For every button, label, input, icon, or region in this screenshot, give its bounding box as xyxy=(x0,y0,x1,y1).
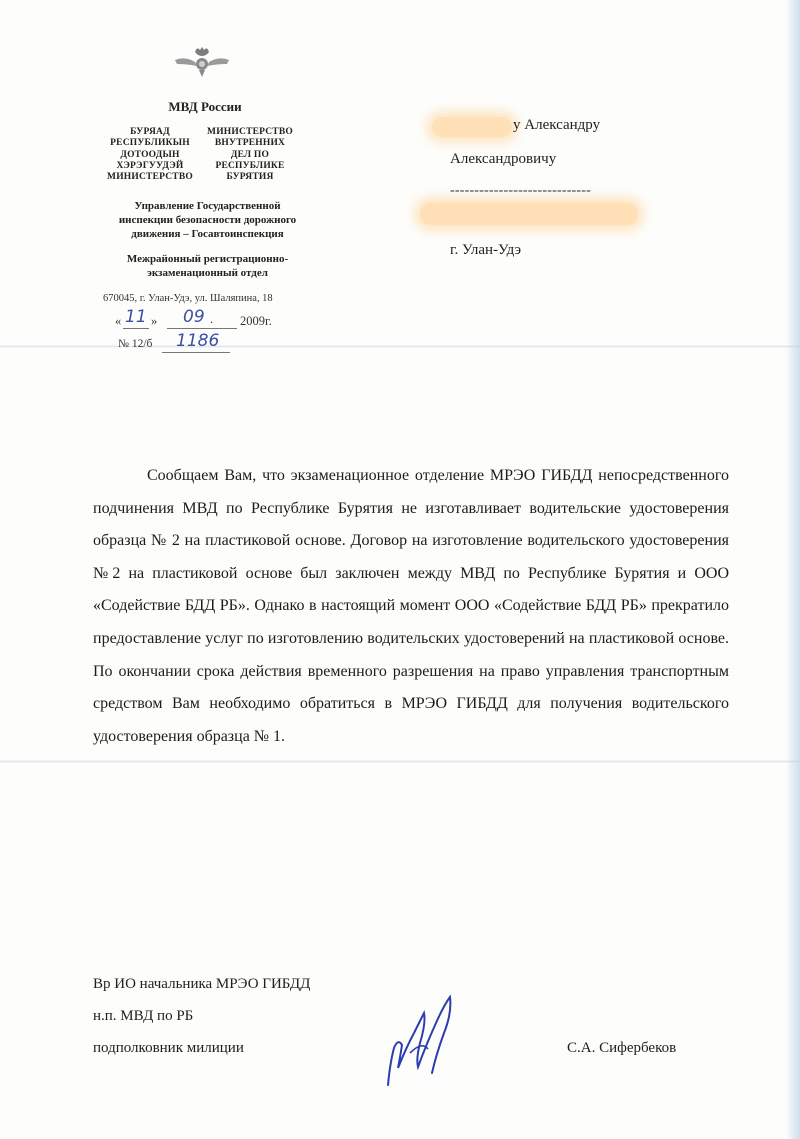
letterhead-line: движения – Госавтоинспекция xyxy=(80,227,335,241)
handwritten-signature-icon xyxy=(380,993,465,1093)
handwritten-month: 09 xyxy=(183,307,205,327)
letterhead-line: Управление Государственной xyxy=(80,199,335,213)
redacted-street-address xyxy=(420,203,638,225)
recipient-city: г. Улан-Удэ xyxy=(450,242,521,259)
scan-edge-shadow xyxy=(786,0,800,1139)
letterhead-buryat-column: БУРЯАД РЕСПУБЛИКЫН ДОТООДЫН ХЭРЭГУУДЭЙ М… xyxy=(100,127,200,183)
handwritten-day: 11 xyxy=(125,307,147,327)
letterhead-line: экзаменационный отдел xyxy=(80,266,335,280)
letterhead-line: БУРЯАД xyxy=(100,127,200,138)
quote-open: « xyxy=(115,314,121,329)
recipient-first-name: у Александру xyxy=(513,117,600,134)
date-year: 2009г. xyxy=(240,314,272,329)
letterhead-line: ХЭРЭГУУДЭЙ xyxy=(100,161,200,172)
letterhead-line: ДОТООДЫН xyxy=(100,150,200,161)
letterhead-line: МИНИСТЕРСТВО xyxy=(195,127,305,138)
letterhead-line: РЕСПУБЛИКЕ xyxy=(195,161,305,172)
letterhead-line: ДЕЛ ПО xyxy=(195,150,305,161)
signatory-position-line: Вр ИО начальника МРЭО ГИБДД xyxy=(93,976,310,993)
handwritten-reference-number: 1186 xyxy=(176,331,219,351)
letterhead-line: РЕСПУБЛИКЫН xyxy=(100,138,200,149)
letterhead-title: МВД России xyxy=(80,99,330,115)
letterhead-subdivision: Межрайонный регистрационно- экзаменацион… xyxy=(80,252,335,280)
letterhead-department: Управление Государственной инспекции без… xyxy=(80,199,335,241)
letterhead-line: Межрайонный регистрационно- xyxy=(80,252,335,266)
letterhead-line: БУРЯТИЯ xyxy=(195,172,305,183)
date-dot: . xyxy=(210,312,213,327)
letter-body-paragraph: Сообщаем Вам, что экзаменационное отделе… xyxy=(93,460,729,753)
paper-fold-line xyxy=(0,760,800,763)
letterhead-line: МИНИСТЕРСТВО xyxy=(100,172,200,183)
letterhead-line: ВНУТРЕННИХ xyxy=(195,138,305,149)
letterhead-line: инспекции безопасности дорожного xyxy=(80,213,335,227)
letterhead-russian-column: МИНИСТЕРСТВО ВНУТРЕННИХ ДЕЛ ПО РЕСПУБЛИК… xyxy=(195,127,305,183)
recipient-patronymic: Александровичу xyxy=(450,151,556,168)
signatory-organization-line: н.п. МВД по РБ xyxy=(93,1008,193,1025)
quote-close: » xyxy=(151,314,157,329)
reference-prefix: № 12/б xyxy=(118,338,152,350)
double-headed-eagle-emblem-icon xyxy=(173,42,231,78)
signatory-name: С.А. Сифербеков xyxy=(567,1040,676,1057)
signatory-rank-line: подполковник милиции xyxy=(93,1040,244,1057)
redacted-surname xyxy=(432,117,512,137)
recipient-separator: ----------------------------- xyxy=(450,183,591,199)
letterhead-address: 670045, г. Улан-Удэ, ул. Шаляпина, 18 xyxy=(103,293,273,304)
